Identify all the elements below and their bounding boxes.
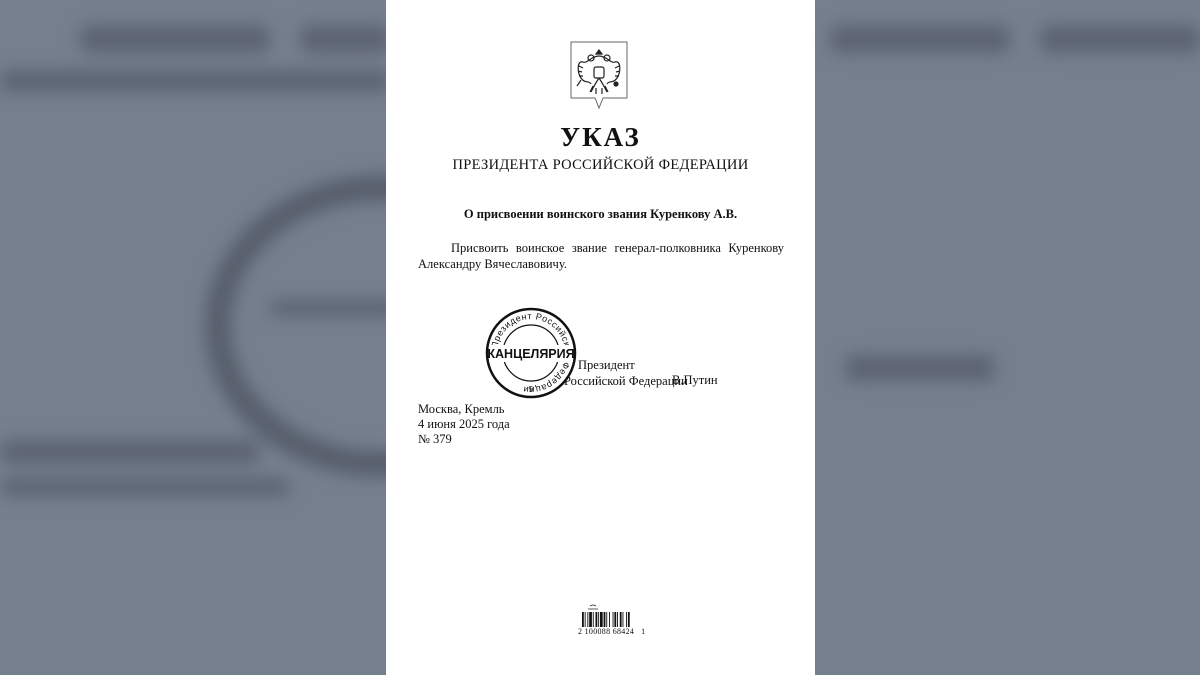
decree-number: № 379: [418, 432, 510, 447]
signatory-name: В.Путин: [672, 373, 718, 388]
barcode-number: 2 100088 68424 1: [578, 627, 645, 636]
svg-text:5: 5: [529, 385, 534, 394]
decree-date: 4 июня 2025 года: [418, 417, 510, 432]
place-and-date: Москва, Кремль 4 июня 2025 года № 379: [418, 402, 510, 447]
decree-place: Москва, Кремль: [418, 402, 510, 417]
signatory-title-line2: Российской Федерации: [564, 373, 688, 389]
document-subtitle: ПРЕЗИДЕНТА РОССИЙСКОЙ ФЕДЕРАЦИИ: [386, 157, 815, 174]
signatory-title-line1: Президент: [564, 357, 688, 373]
chancellery-stamp-icon: Президент Российской Федерации 5 КАНЦЕЛЯ…: [485, 307, 577, 399]
russian-coat-of-arms-icon: [569, 40, 629, 110]
decree-body: Присвоить воинское звание генерал-полков…: [418, 240, 784, 272]
decree-heading: О присвоении воинского звания Куренкову …: [386, 207, 815, 222]
document-title: УКАЗ: [386, 122, 815, 153]
decree-document: УКАЗ ПРЕЗИДЕНТА РОССИЙСКОЙ ФЕДЕРАЦИИ О п…: [386, 0, 815, 675]
stamp-center-text: КАНЦЕЛЯРИЯ: [487, 347, 574, 361]
signatory-title: Президент Российской Федерации: [564, 357, 688, 389]
